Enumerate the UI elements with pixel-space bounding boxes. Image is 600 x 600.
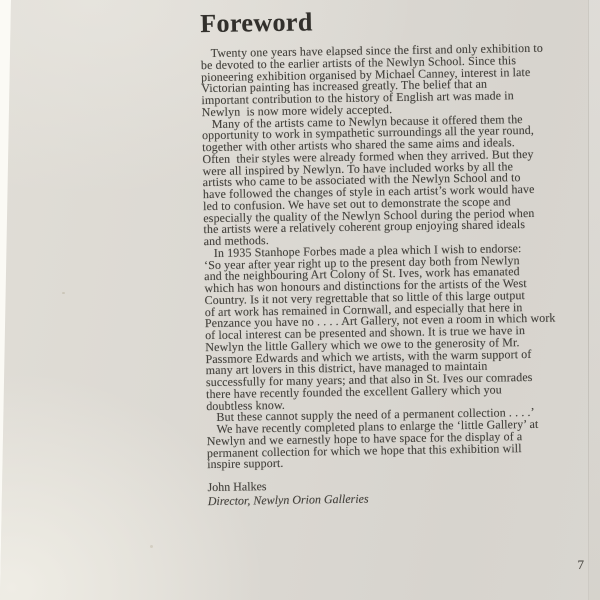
paragraph: We have recently completed plans to enla… <box>207 418 600 471</box>
dust-speck <box>62 292 65 294</box>
page-number: 7 <box>578 557 585 573</box>
paragraph: In 1935 Stanhope Forbes made a plea whic… <box>204 242 600 413</box>
foreword-content: Foreword Twenty one years have elapsed s… <box>200 3 600 509</box>
dust-speck <box>150 545 153 548</box>
paragraph: Twenty one years have elapsed since the … <box>201 42 600 119</box>
paragraph: Many of the artists came to Newlyn becau… <box>202 112 600 247</box>
signature-block: John Halkes Director, Newlyn Orion Galle… <box>207 474 600 509</box>
book-page: Foreword Twenty one years have elapsed s… <box>0 0 600 600</box>
book-page-photo: Foreword Twenty one years have elapsed s… <box>0 0 600 600</box>
foreword-paragraphs: Twenty one years have elapsed since the … <box>201 42 600 471</box>
page-title: Foreword <box>200 3 598 39</box>
